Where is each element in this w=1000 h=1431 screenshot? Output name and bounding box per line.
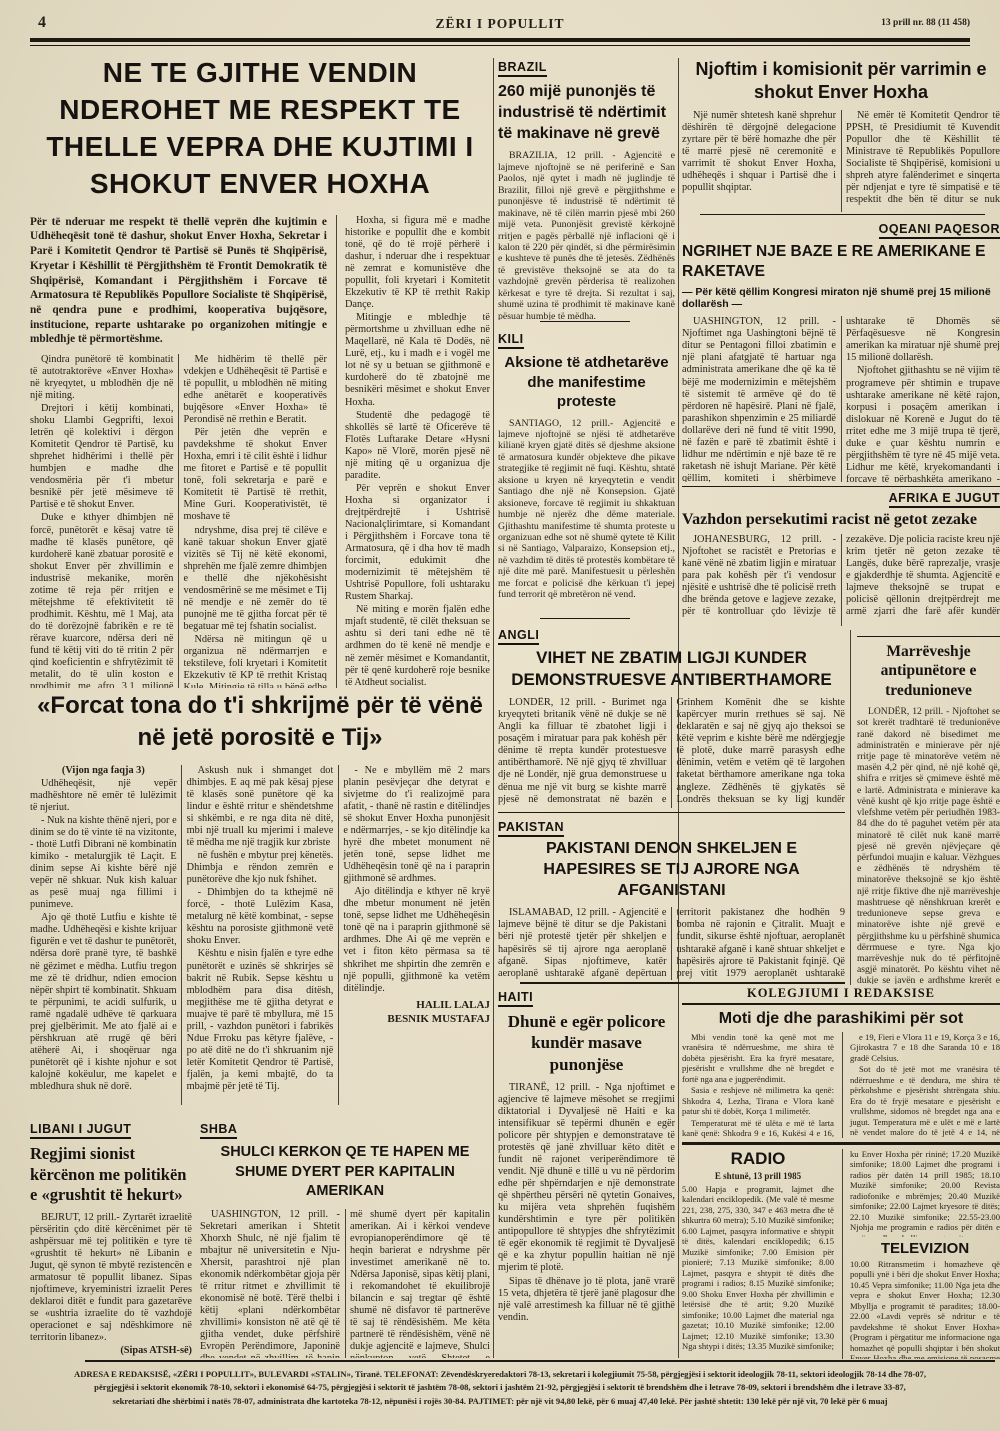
- paragraph: Mbi vendin tonë ka qenë mot me vranësira…: [682, 1032, 834, 1084]
- section-kicker: OQEANI PAQESOR: [879, 222, 1000, 239]
- paragraph: e 19, Fieri e Vlora 11 e 19, Korça 3 e 1…: [850, 1032, 1000, 1063]
- article-headline: Aksione të atdhetarëve dhe manifestime p…: [498, 353, 675, 412]
- weather-forecast-today: e 19, Fieri e Vlora 11 e 19, Korça 3 e 1…: [842, 1032, 1000, 1138]
- paragraph: BRAZILIA, 12 prill. - Agjencitë e lajmev…: [498, 150, 675, 320]
- article-lead-paragraph: Për të nderuar me respekt të thellë vepr…: [30, 215, 327, 347]
- paragraph: Sasia e reshjeve në milimetra ka qenë: S…: [682, 1085, 834, 1116]
- section-divider: [682, 1003, 1000, 1005]
- tv-program-column: ku Enver Hoxha për rininë; 17.20 Muzikë …: [842, 1149, 1000, 1359]
- paragraph: TIRANË, 12 prill. - Nga njoftimet e agje…: [498, 1082, 675, 1275]
- radio-listing: 5.00 Hapja e programit, lajmet dhe kalen…: [682, 1184, 834, 1352]
- page-number: 4: [38, 14, 46, 32]
- imprint-block: ADRESA E REDAKSISË, «ZËRI I POPULLIT», B…: [20, 1368, 980, 1408]
- paragraph: BEJRUT, 12 prill.- Zyrtarët izraelitë pë…: [30, 1212, 192, 1345]
- article-angli: ANGLI VIHET NE ZBATIM LIGJI KUNDER DEMON…: [498, 626, 845, 808]
- kolegjiumi-header: KOLEGJIUMI I REDAKSISE: [682, 986, 1000, 1001]
- radio-tv-box: RADIO E shtunë, 13 prill 1985 5.00 Hapja…: [682, 1142, 1000, 1361]
- masthead-rule-thin: [30, 45, 970, 46]
- article-body-columns: ISLAMABAD, 12 prill. - Agjencitë e lajme…: [498, 907, 845, 980]
- paragraph: Në emër të Komitetit Qendror të PPSH, të…: [846, 110, 1000, 212]
- article-body-columns: UASHINGTON, 12 prill. - Sekretari amerik…: [200, 1209, 490, 1358]
- section-kicker: HAITI: [498, 990, 533, 1007]
- article-forcat-tona: «Forcat tona do t'i shkrijmë për të vënë…: [30, 690, 490, 1115]
- article-headline: Marrëveshje antipunëtore e tredunioneve: [857, 642, 1000, 700]
- section-kicker: AFRIKA E JUGUT: [889, 491, 1000, 508]
- paragraph: në fushën e mbytur prej kënetës. Dhimbja…: [187, 850, 334, 886]
- paragraph: Ajo që thotë Lutfiu e kishte të madhe. U…: [30, 912, 177, 1093]
- paragraph: Një numër shtetesh kanë shprehur dëshirë…: [682, 110, 836, 194]
- paragraph: Udhëheqësit, një vepër madhështore në em…: [30, 778, 177, 814]
- section-kicker: PAKISTAN: [498, 820, 564, 837]
- article-headline: VIHET NE ZBATIM LIGJI KUNDER DEMONSTRUES…: [498, 647, 845, 691]
- weather-headline: Moti dje dhe parashikimi për sot: [682, 1010, 1000, 1028]
- column-rule: [850, 630, 851, 985]
- paragraph: Duke e kthyer dhimbjen në forcë, punëtor…: [30, 512, 173, 688]
- column-rule: [493, 58, 494, 1358]
- paragraph: Për veprën e shokut Enver Hoxha si organ…: [345, 483, 490, 603]
- paragraph: Me hidhërim të thellë për vdekjen e Udhë…: [183, 354, 326, 426]
- section-divider: [700, 214, 985, 215]
- article-headline: «Forcat tona do t'i shkrijmë për të vënë…: [30, 690, 490, 755]
- paragraph: Drejtori i këtij kombinati, shoku Llambi…: [30, 403, 173, 511]
- imprint-line: ADRESA E REDAKSISË, «ZËRI I POPULLIT», B…: [20, 1368, 980, 1381]
- paragraph: LONDËR, 12 prill. - Burimet nga kryeqyte…: [498, 697, 845, 808]
- article-headline: NGRIHET NJE BAZE E RE AMERIKANE E RAKETA…: [682, 242, 1000, 282]
- article-afrika: AFRIKA E JUGUT Vazhdon persekutimi racis…: [682, 489, 1000, 631]
- article-njoftim: Njoftim i komisionit për varrimin e shok…: [682, 58, 1000, 212]
- article-right-column: Hoxha, si figura më e madhe historike e …: [336, 215, 490, 688]
- section-kicker: SHBA: [200, 1122, 237, 1139]
- article-brazil: BRAZIL 260 mijë punonjës të industrisë t…: [498, 58, 675, 320]
- section-kicker: LIBANI I JUGUT: [30, 1122, 131, 1139]
- article-headline: NE TE GJITHE VENDIN NDEROHET ME RESPEKT …: [30, 55, 490, 203]
- article-body-columns: Një numër shtetesh kanë shprehur dëshirë…: [682, 110, 1000, 212]
- masthead-title: ZËRI I POPULLIT: [300, 16, 700, 32]
- masthead-rule-thick: [30, 38, 970, 42]
- radio-program-column: RADIO E shtunë, 13 prill 1985 5.00 Hapja…: [682, 1149, 834, 1359]
- radio-title: RADIO: [682, 1149, 834, 1169]
- section-kicker: BRAZIL: [498, 60, 547, 77]
- article-pakistan: PAKISTAN PAKISTANI DENON SHKELJEN E HAPE…: [498, 818, 845, 980]
- article-body-columns: JOHANESBURG, 12 prill. - Njoftohet se ra…: [682, 534, 1000, 626]
- paragraph: Sot do të jetë mot me vranësira të ndërr…: [850, 1064, 1000, 1138]
- author-signature: HALIL LALAJ: [343, 999, 490, 1012]
- article-headline: Njoftim i komisionit për varrimin e shok…: [682, 58, 1000, 103]
- masthead-issue: 13 prill nr. 88 (11 458): [770, 18, 970, 28]
- article-libani: LIBANI I JUGUT Regjimi sionist kërcënon …: [30, 1120, 192, 1358]
- section-divider: [540, 321, 630, 322]
- section-divider: [857, 636, 1000, 637]
- paragraph: Hoxha, si figura më e madhe historike e …: [345, 215, 490, 311]
- section-divider: [520, 982, 845, 984]
- author-signature: BESNIK MUSTAFAJ: [343, 1013, 490, 1026]
- paragraph: - Dhimbjen do ta kthejmë në forcë, - tho…: [187, 887, 334, 947]
- section-divider: [540, 618, 630, 619]
- paragraph: Qindra punëtorë të kombinatit të autotra…: [30, 354, 173, 402]
- article-shba: SHBA SHULCI KERKON QE TE HAPEN ME SHUME …: [200, 1120, 490, 1358]
- article-headline: Regjimi sionist kërcënon me politikën e …: [30, 1144, 192, 1206]
- article-body-columns: Qindra punëtorë të kombinatit të autotra…: [30, 354, 327, 688]
- paragraph: Ajo ditëlindja e kthyer në kryë dhe mbet…: [343, 886, 490, 994]
- article-headline: Vazhdon persekutimi racist në getot zeza…: [682, 510, 1000, 529]
- radio-listing-continued: ku Enver Hoxha për rininë; 17.20 Muzikë …: [850, 1149, 1000, 1237]
- article-body-columns: (Vijon nga faqja 3) Udhëheqësit, një vep…: [30, 765, 490, 1105]
- radio-date: E shtunë, 13 prill 1985: [682, 1171, 834, 1181]
- article-headline: SHULCI KERKON QE TE HAPEN ME SHUME DYERT…: [200, 1143, 490, 1202]
- paragraph: UASHINGTON, 12 prill. - Sekretari amerik…: [200, 1209, 490, 1358]
- paragraph: Sipas të dhënave jo të plota, janë vrarë…: [498, 1276, 675, 1324]
- article-headline: Dhunë e egër policore kundër masave puno…: [498, 1011, 675, 1075]
- paragraph: SANTIAGO, 12 prill.- Agjencitë e lajmeve…: [498, 418, 675, 601]
- article-oqeani: OQEANI PAQESOR NGRIHET NJE BAZE E RE AME…: [682, 220, 1000, 482]
- weather-box: Moti dje dhe parashikimi për sot Mbi ven…: [682, 1010, 1000, 1138]
- paragraph: - Ne e mbyllëm më 2 mars planin pesëvjeç…: [343, 765, 490, 885]
- newspaper-page: 4 ZËRI I POPULLIT 13 prill nr. 88 (11 45…: [0, 0, 1000, 1431]
- article-body-columns: LONDËR, 12 prill. - Burimet nga kryeqyte…: [498, 697, 845, 808]
- paragraph: Studentë dhe pedagogë të shkollës së lar…: [345, 410, 490, 482]
- paragraph: Në miting e morën fjalën edhe mjaft stud…: [345, 604, 490, 688]
- article-body-columns: UASHINGTON, 12 prill. - Njoftimet nga Ua…: [682, 316, 1000, 482]
- imprint-line: përgjegjësi i sektorit ekonomik 78-10, s…: [20, 1381, 980, 1394]
- imprint-line: sekretariati dhe shërbimi i natës 78-07,…: [20, 1395, 980, 1408]
- televizion-listing: 10.00 Ritransmetim i homazheve që popull…: [850, 1259, 1000, 1359]
- section-kicker: ANGLI: [498, 628, 539, 645]
- article-kili: KILI Aksione të atdhetarëve dhe manifest…: [498, 330, 675, 615]
- continued-from-note: (Vijon nga faqja 3): [30, 765, 177, 777]
- paragraph: JOHANESBURG, 12 prill. - Njoftohet se ra…: [682, 534, 1000, 626]
- paragraph: Temperaturat më të ulëta e më të larta k…: [682, 1118, 834, 1138]
- section-divider: [682, 486, 1000, 487]
- televizion-title: TELEVIZION: [850, 1240, 1000, 1257]
- paragraph: Mitingje e mbledhje të përmortshme u zhv…: [345, 312, 490, 408]
- article-subhead: — Për këtë qëllim Kongresi miraton një s…: [682, 286, 1000, 310]
- section-kicker: KILI: [498, 332, 524, 349]
- paragraph: ndryshme, disa prej të cilëve e kanë tak…: [183, 525, 326, 633]
- article-nderohet-vepra: NE TE GJITHE VENDIN NDEROHET ME RESPEKT …: [30, 55, 490, 688]
- article-headline: 260 mijë punonjës të industrisë të ndërt…: [498, 82, 675, 144]
- paragraph: Askush nuk i shmanget dot dhimbjes. E aq…: [187, 765, 334, 849]
- section-divider: [498, 812, 845, 813]
- paragraph: Kështu e nisin fjalën e tyre edhe punëto…: [187, 948, 334, 1093]
- article-credit: (Sipas ATSH-së): [30, 1345, 192, 1357]
- paragraph: ISLAMABAD, 12 prill. - Agjencitë e lajme…: [498, 907, 845, 980]
- article-marreveshje: Marrëveshje antipunëtore e tredunioneve …: [857, 642, 1000, 984]
- article-haiti: HAITI Dhunë e egër policore kundër masav…: [498, 988, 675, 1358]
- article-headline: PAKISTANI DENON SHKELJEN E HAPESIRES SE …: [498, 839, 845, 901]
- paragraph: Për jetën dhe veprën e pavdekshme të sho…: [183, 427, 326, 523]
- paragraph: LONDËR, 12 prill. - Njoftohet se sot kre…: [857, 706, 1000, 984]
- paragraph: - Nuk na kishte thënë njeri, por e dinim…: [30, 815, 177, 911]
- weather-report-yesterday: Mbi vendin tonë ka qenë mot me vranësira…: [682, 1032, 834, 1138]
